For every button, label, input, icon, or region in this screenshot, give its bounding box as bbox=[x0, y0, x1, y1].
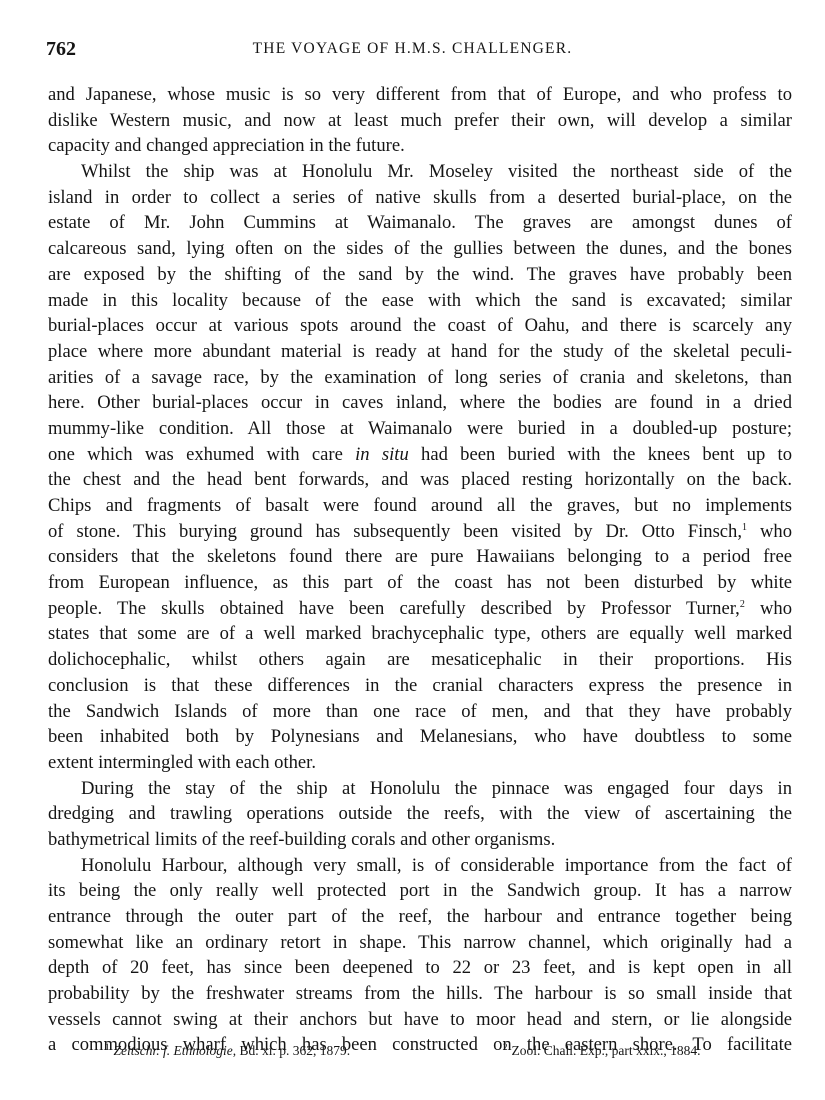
text-line: are exposed by the shifting of the sand … bbox=[48, 262, 792, 288]
text-segment: one which was exhumed with care bbox=[48, 444, 355, 465]
text-line: the chest and the head bent forwards, an… bbox=[48, 467, 792, 493]
text-line: conclusion is that these differences in … bbox=[48, 673, 792, 699]
footnotes: 1Zeitschr. f. Ethnologie, Bd. xi. p. 362… bbox=[0, 1043, 825, 1063]
text-line: estate of Mr. John Cummins at Waimanalo.… bbox=[48, 210, 792, 236]
paragraph-start-line: During the stay of the ship at Honolulu … bbox=[48, 776, 792, 802]
text-line: entrance through the outer part of the r… bbox=[48, 904, 792, 930]
text-segment: who bbox=[745, 598, 792, 619]
footnote-1: 1Zeitschr. f. Ethnologie, Bd. xi. p. 362… bbox=[105, 1043, 350, 1059]
text-line: its being the only really well protected… bbox=[48, 878, 792, 904]
text-line: place where more abundant material is re… bbox=[48, 339, 792, 365]
text-line-with-footnote-ref: people. The skulls obtained have been ca… bbox=[48, 596, 792, 622]
text-line: dolichocephalic, whilst others again are… bbox=[48, 647, 792, 673]
text-line: from European influence, as this part of… bbox=[48, 570, 792, 596]
text-line: somewhat like an ordinary retort in shap… bbox=[48, 930, 792, 956]
text-line: considers that the skeletons found there… bbox=[48, 544, 792, 570]
text-line: calcareous sand, lying often on the side… bbox=[48, 236, 792, 262]
text-line: capacity and changed appreciation in the… bbox=[48, 133, 792, 159]
document-page: 762 THE VOYAGE OF H.M.S. CHALLENGER. and… bbox=[0, 0, 825, 1100]
text-line: dislike Western music, and now at least … bbox=[48, 108, 792, 134]
text-line: Chips and fragments of basalt were found… bbox=[48, 493, 792, 519]
text-line: vessels cannot swing at their anchors bu… bbox=[48, 1007, 792, 1033]
footnote-2: 2Zool. Chall. Exp., part xxix., 1884. bbox=[503, 1043, 700, 1059]
text-line: island in order to collect a series of n… bbox=[48, 185, 792, 211]
paragraph-start-line: Honolulu Harbour, although very small, i… bbox=[48, 853, 792, 879]
body-text: and Japanese, whose music is so very dif… bbox=[48, 82, 792, 1058]
footnote-journal-title: Zeitschr. f. Ethnologie bbox=[114, 1043, 233, 1058]
text-segment: people. The skulls obtained have been ca… bbox=[48, 598, 740, 619]
text-segment: had been buried with the knees bent up t… bbox=[409, 444, 792, 465]
paragraph-start-line: Whilst the ship was at Honolulu Mr. Mose… bbox=[48, 159, 792, 185]
text-line: made in this locality because of the eas… bbox=[48, 288, 792, 314]
footnote-mark: 2 bbox=[503, 1042, 508, 1052]
text-line: depth of 20 feet, has since been deepene… bbox=[48, 955, 792, 981]
text-line: been inhabited both by Polynesians and M… bbox=[48, 724, 792, 750]
page-header: 762 THE VOYAGE OF H.M.S. CHALLENGER. bbox=[46, 38, 779, 62]
text-line: and Japanese, whose music is so very dif… bbox=[48, 82, 792, 108]
text-line: burial-places occur at various spots aro… bbox=[48, 313, 792, 339]
text-line-with-italic: one which was exhumed with care in situ … bbox=[48, 442, 792, 468]
text-line: bathymetrical limits of the reef-buildin… bbox=[48, 827, 792, 853]
text-line: dredging and trawling operations outside… bbox=[48, 801, 792, 827]
footnote-citation: Zool. Chall. Exp., part xxix., 1884. bbox=[512, 1043, 701, 1058]
text-segment: of stone. This burying ground has subseq… bbox=[48, 521, 742, 542]
text-line: the Sandwich Islands of more than one ra… bbox=[48, 699, 792, 725]
text-line: mummy-like condition. All those at Waima… bbox=[48, 416, 792, 442]
text-line: probability by the freshwater streams fr… bbox=[48, 981, 792, 1007]
footnote-citation: , Bd. xi. p. 362, 1879. bbox=[233, 1043, 350, 1058]
footnote-mark: 1 bbox=[105, 1042, 110, 1052]
text-line: extent intermingled with each other. bbox=[48, 750, 792, 776]
text-line: arities of a savage race, by the examina… bbox=[48, 365, 792, 391]
text-segment: who bbox=[747, 521, 792, 542]
running-title: THE VOYAGE OF H.M.S. CHALLENGER. bbox=[46, 40, 779, 58]
text-line: states that some are of a well marked br… bbox=[48, 621, 792, 647]
text-line-with-footnote-ref: of stone. This burying ground has subseq… bbox=[48, 519, 792, 545]
text-line: here. Other burial-places occur in caves… bbox=[48, 390, 792, 416]
italic-phrase: in situ bbox=[355, 444, 409, 465]
